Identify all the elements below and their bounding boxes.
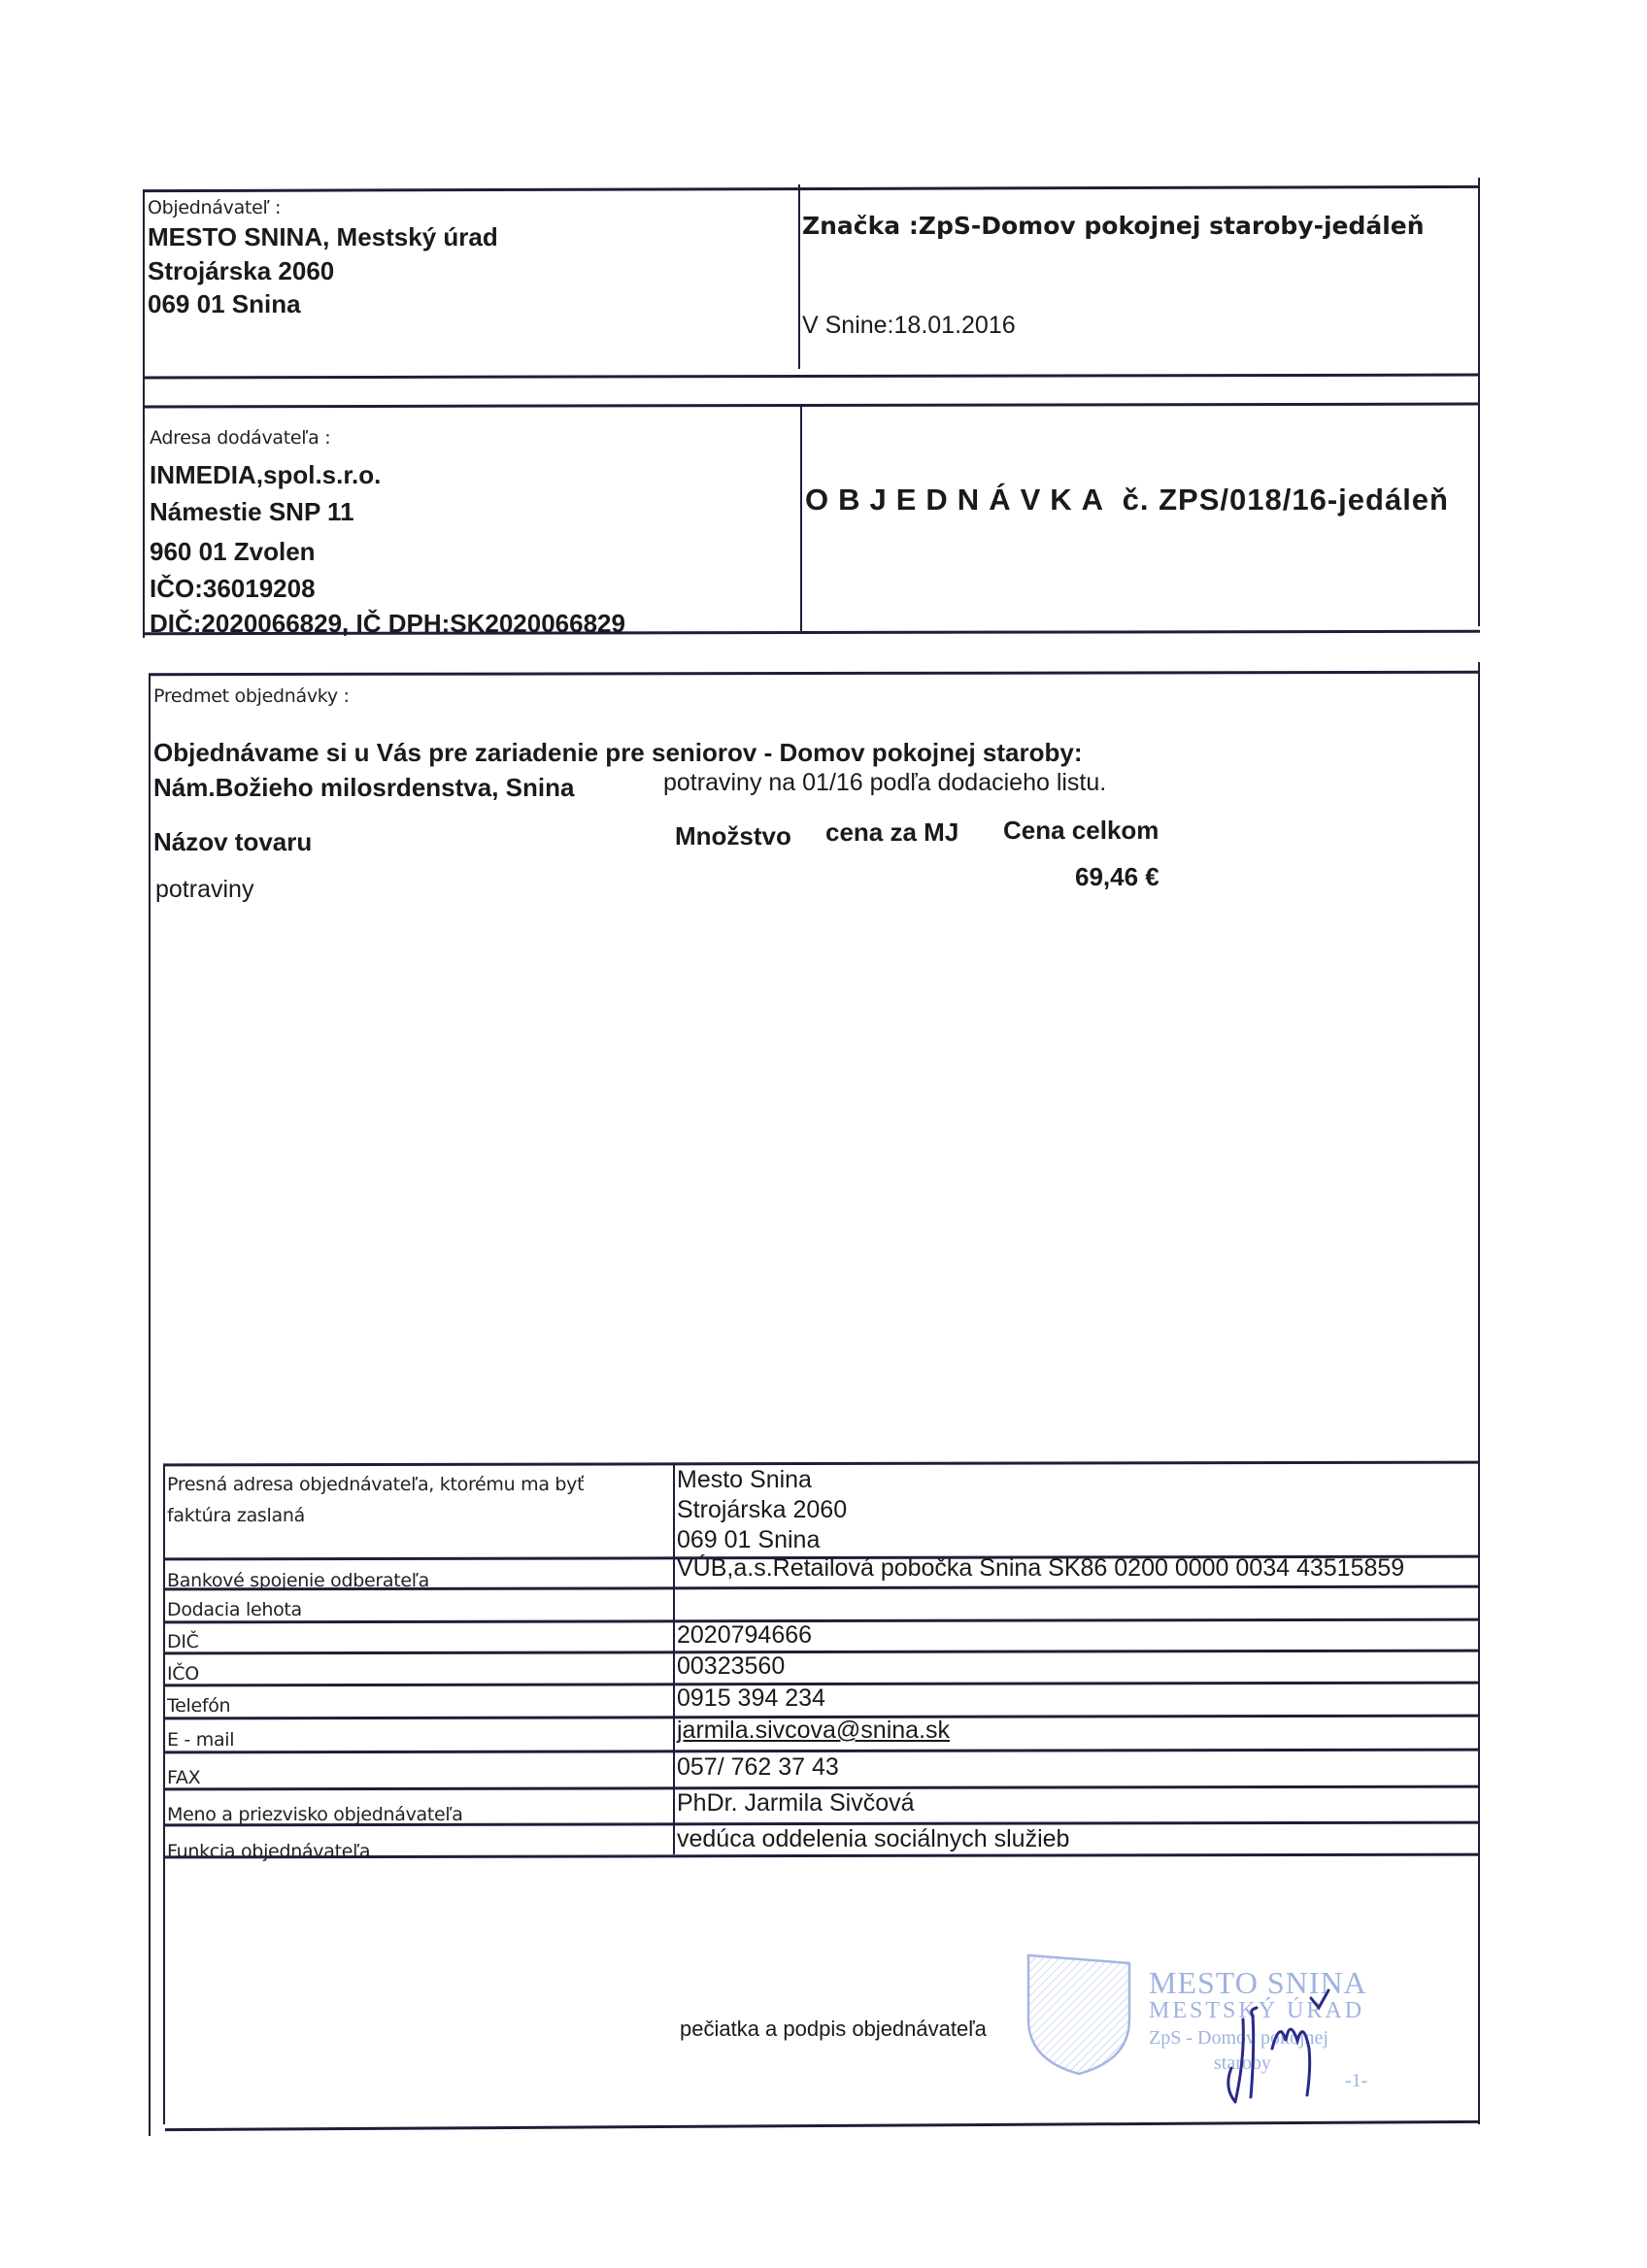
subject-line1: Objednávame si u Vás pre zariadenie pre … [153,738,1083,768]
order-title-prefix: OBJEDNÁVKA [805,483,1113,517]
detail-value-name: PhDr. Jarmila Sivčová [677,1789,915,1818]
item-total: 69,46 € [1075,862,1160,892]
subject-line2-left: Nám.Božieho milosrdenstva, Snina [153,773,574,803]
detail-label-ico: IČO [167,1663,199,1684]
detail-value-invoice-line1: Mesto Snina [677,1466,812,1494]
border-mid-2 [143,403,1480,409]
detail-value-invoice-line3: 069 01 Snina [677,1526,820,1554]
subject-label: Predmet objednávky : [153,685,350,707]
orderer-label: Objednávateľ : [148,197,281,218]
detail-value-email-link[interactable]: jarmila.sivcova@snina.sk [677,1717,950,1745]
details-divider [673,1464,675,1854]
details-left-border [163,1464,165,2124]
handwritten-signature-icon [1214,1981,1360,2117]
order-title-number: č. ZPS/018/16-jedáleň [1123,483,1449,517]
border-right-3 [1478,662,1480,2124]
order-title: OBJEDNÁVKA č. ZPS/018/16-jedáleň [805,483,1449,517]
detail-value-phone: 0915 394 234 [677,1684,825,1713]
reference-code: Značka :ZpS-Domov pokojnej staroby-jedál… [802,212,1425,240]
orderer-name: MESTO SNINA, Mestský úrad [148,222,498,252]
row-line [163,1618,1480,1624]
supplier-city: 960 01 Zvolen [150,537,316,567]
detail-value-function: vedúca oddelenia sociálnych služieb [677,1825,1069,1853]
border-bottom-final [165,2120,1480,2131]
supplier-label: Adresa dodávateľa : [150,427,330,449]
item-name: potraviny [155,876,253,904]
detail-value-dic: 2020794666 [677,1621,812,1650]
divider-v-2 [800,406,802,631]
detail-label-email: E - mail [167,1729,234,1751]
col-unit-price: cena za MJ [825,817,958,848]
border-top-1 [143,185,1480,192]
col-quantity: Množstvo [675,821,791,851]
border-left-3 [149,674,151,2136]
supplier-ico: IČO:36019208 [150,574,316,604]
border-left-1 [143,189,145,638]
signature-label: pečiatka a podpis objednávateľa [680,2017,987,2042]
detail-label-phone: Telefón [167,1695,230,1717]
orderer-city: 069 01 Snina [148,289,301,319]
detail-label-invoice-address-2: faktúra zaslaná [167,1505,305,1526]
col-item-name: Názov tovaru [153,827,312,857]
detail-label-delivery: Dodacia lehota [167,1599,302,1620]
border-top-3 [149,671,1480,676]
detail-label-name: Meno a priezvisko objednávateľa [167,1804,463,1825]
divider-v-1 [798,184,800,369]
detail-value-invoice-line2: Strojárska 2060 [677,1496,847,1524]
detail-label-dic: DIČ [167,1631,199,1652]
detail-value-fax: 057/ 762 37 43 [677,1753,839,1782]
row-line [163,1650,1480,1655]
detail-value-bank: VÚB,a.s.Retailová pobočka Snina SK86 020… [677,1554,1404,1583]
detail-value-ico: 00323560 [677,1652,785,1681]
border-mid-1 [143,374,1480,380]
subject-line2-right: potraviny na 01/16 podľa dodacieho listu… [663,769,1106,797]
detail-label-fax: FAX [167,1767,200,1788]
place-date: V Snine:18.01.2016 [802,312,1016,340]
detail-label-invoice-address: Presná adresa objednávateľa, ktorému ma … [167,1474,584,1495]
coat-of-arms-stamp-icon [1025,1951,1133,2078]
row-line [163,1461,1480,1467]
supplier-name: INMEDIA,spol.s.r.o. [150,460,381,490]
detail-label-function: Funkcia objednávateľa [167,1841,370,1862]
supplier-dic: DIČ:2020066829, IČ DPH:SK2020066829 [150,609,625,639]
supplier-street: Námestie SNP 11 [150,497,354,527]
orderer-street: Strojárska 2060 [148,256,334,286]
col-total-price: Cena celkom [1003,816,1159,846]
